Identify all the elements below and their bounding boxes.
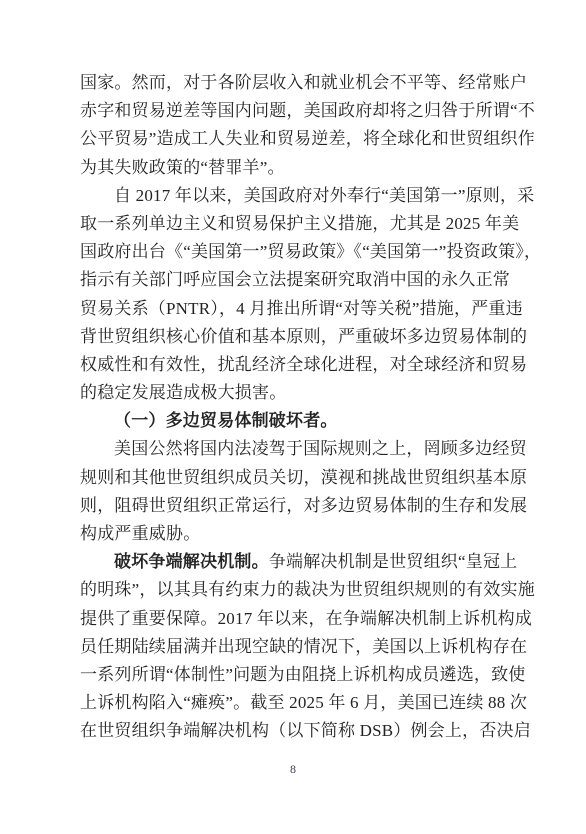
- bold-run-in-label: 破坏争端解决机制。: [114, 552, 269, 571]
- text-line: 的稳定发展造成极大损害。: [80, 379, 507, 407]
- text-line: 则，阻碍世贸组织正常运行，对多边贸易体制的生存和发展: [80, 492, 507, 520]
- text-line: 贸易关系（PNTR），4 月推出所谓“对等关税”措施，严重违: [80, 295, 507, 323]
- text-line: 背世贸组织核心价值和基本原则，严重破坏多边贸易体制的: [80, 323, 507, 351]
- text-line: 一系列所谓“体制性”问题为由阻挠上诉机构成员遴选，致使: [80, 661, 507, 689]
- text-line: 员任期陆续届满并出现空缺的情况下，美国以上诉机构存在: [80, 633, 507, 661]
- text-line: 破坏争端解决机制。争端解决机制是世贸组织“皇冠上: [80, 548, 507, 576]
- text-line: 取一系列单边主义和贸易保护主义措施，尤其是 2025 年美: [80, 210, 507, 238]
- text-line: 国家。然而，对于各阶层收入和就业机会不平等、经常账户: [80, 69, 507, 97]
- body-text: 国家。然而，对于各阶层收入和就业机会不平等、经常账户 赤字和贸易逆差等国内问题，…: [80, 69, 507, 746]
- text-line: 构成严重威胁。: [80, 520, 507, 548]
- text-line: 在世贸组织争端解决机构（以下简称 DSB）例会上，否决启: [80, 717, 507, 745]
- text-line: 提供了重要保障。2017 年以来，在争端解决机制上诉机构成: [80, 605, 507, 633]
- text-line: 国政府出台《“美国第一”贸易政策》《“美国第一”投资政策》，: [80, 238, 507, 266]
- text-line: 美国公然将国内法凌驾于国际规则之上，罔顾多边经贸: [80, 435, 507, 463]
- text-line: 指示有关部门呼应国会立法提案研究取消中国的永久正常: [80, 266, 507, 294]
- text-line: 为其失败政策的“替罪羊”。: [80, 154, 507, 182]
- text-run: 争端解决机制是世贸组织“皇冠上: [269, 552, 518, 571]
- text-line: 的明珠”，以其具有约束力的裁决为世贸组织规则的有效实施: [80, 576, 507, 604]
- text-line: 权威性和有效性，扰乱经济全球化进程，对全球经济和贸易: [80, 351, 507, 379]
- text-line: 规则和其他世贸组织成员关切，漠视和挑战世贸组织基本原: [80, 464, 507, 492]
- text-line: 赤字和贸易逆差等国内问题，美国政府却将之归咎于所谓“不: [80, 97, 507, 125]
- document-page: 国家。然而，对于各阶层收入和就业机会不平等、经常账户 赤字和贸易逆差等国内问题，…: [0, 0, 586, 834]
- section-heading: （一）多边贸易体制破坏者。: [80, 407, 507, 435]
- page-number: 8: [0, 762, 586, 776]
- text-line: 上诉机构陷入“瘫痪”。截至 2025 年 6 月，美国已连续 88 次: [80, 689, 507, 717]
- text-line: 自 2017 年以来，美国政府对外奉行“美国第一”原则，采: [80, 182, 507, 210]
- text-line: 公平贸易”造成工人失业和贸易逆差，将全球化和世贸组织作: [80, 125, 507, 153]
